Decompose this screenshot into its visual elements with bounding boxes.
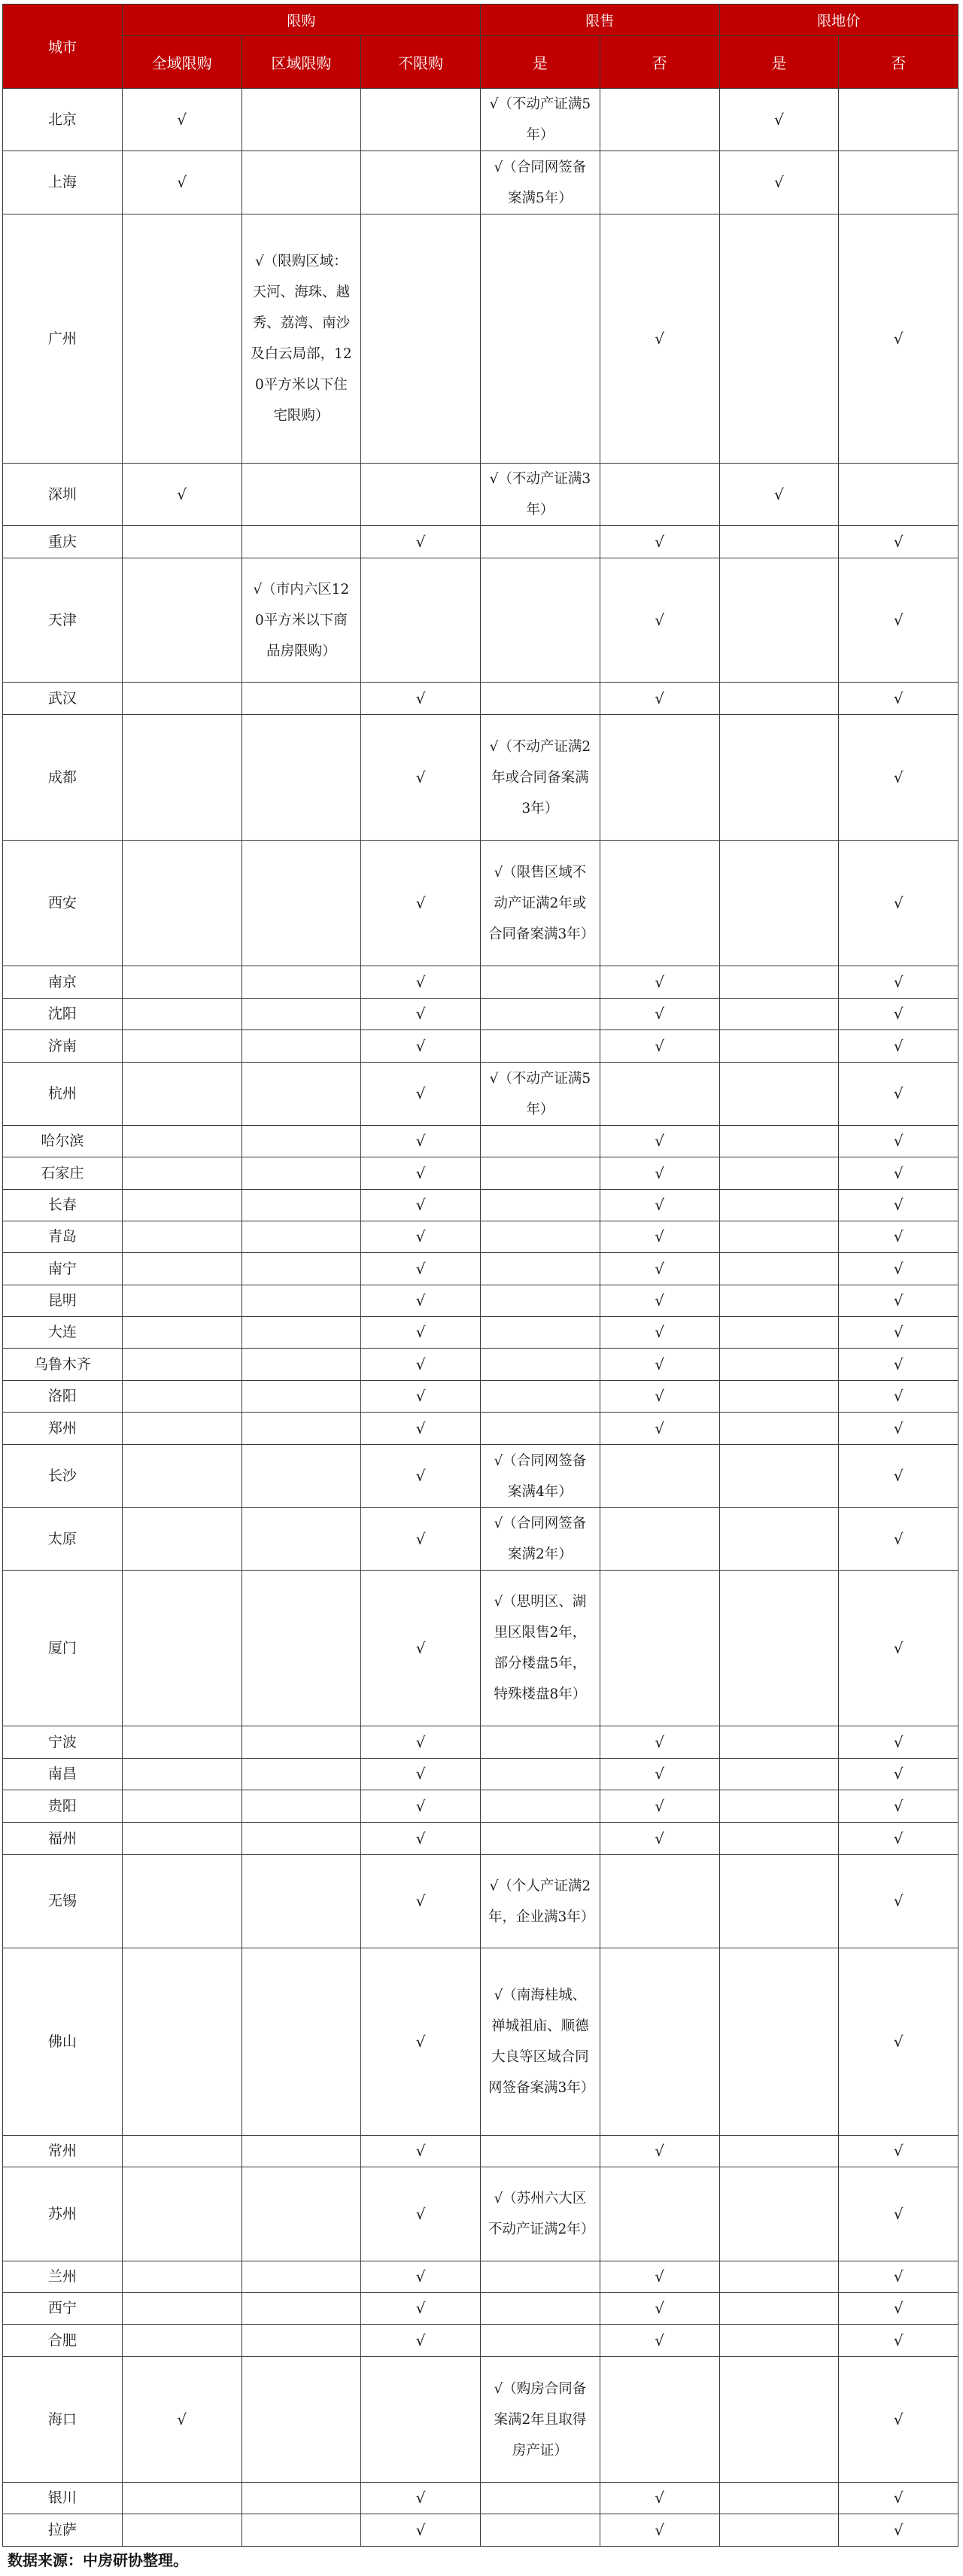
cell-no-restriction check-icon: √ (361, 1855, 481, 1948)
cell-land-yes (719, 1948, 839, 2136)
cell-land-yes (719, 2357, 839, 2483)
cell-sale-no check-icon: √ (600, 2483, 719, 2514)
cell-sale-yes: √（合同网签备案满5年） (481, 151, 600, 214)
cell-land-yes (719, 2136, 839, 2167)
cell-citywide-restriction (122, 1790, 242, 1823)
cell-district-restriction: √（限购区域：天河、海珠、越秀、荔湾、南沙及白云局部，120平方米以下住宅限购） (242, 214, 361, 464)
cell-sale-yes: √（限售区域不动产证满2年或合同备案满3年） (481, 841, 600, 966)
cell-sale-no check-icon: √ (600, 1285, 719, 1317)
cell-citywide-restriction (122, 1190, 242, 1221)
cell-sale-yes: √（不动产证满3年） (481, 464, 600, 526)
cell-land-no check-icon: √ (839, 2514, 958, 2547)
cell-sale-no check-icon: √ (600, 1413, 719, 1445)
cell-land-no check-icon: √ (839, 2357, 958, 2483)
cell-sale-no (600, 1445, 719, 1508)
cell-land-yes (719, 1445, 839, 1508)
cell-land-no check-icon: √ (839, 1823, 958, 1855)
cell-land-yes (719, 999, 839, 1030)
table-row: 南宁√√√ (3, 1253, 958, 1285)
cell-sale-yes: √（购房合同备案满2年且取得房产证） (481, 2357, 600, 2483)
cell-land-no check-icon: √ (839, 1285, 958, 1317)
cell-no-restriction check-icon: √ (361, 841, 481, 966)
cell-land-no (839, 464, 958, 526)
city-name: 济南 (3, 1030, 123, 1063)
city-policy-table: 城市 限购 限售 限地价 全域限购 区域限购 不限购 是 否 是 否 北京√√（… (2, 4, 958, 2547)
cell-land-yes (719, 1413, 839, 1445)
cell-sale-no (600, 1855, 719, 1948)
table-row: 无锡√√（个人产证满2年，企业满3年）√ (3, 1855, 958, 1948)
city-name: 天津 (3, 558, 123, 683)
cell-district-restriction (242, 2293, 361, 2325)
city-name: 厦门 (3, 1571, 123, 1726)
cell-land-yes (719, 2514, 839, 2547)
cell-no-restriction check-icon: √ (361, 2514, 481, 2547)
table-row: 拉萨√√√ (3, 2514, 958, 2547)
city-name: 杭州 (3, 1063, 123, 1126)
cell-land-no check-icon: √ (839, 558, 958, 683)
cell-no-restriction check-icon: √ (361, 715, 481, 841)
cell-land-no check-icon: √ (839, 715, 958, 841)
table-row: 石家庄√√√ (3, 1157, 958, 1190)
city-name: 深圳 (3, 464, 123, 526)
table-row: 海口√√（购房合同备案满2年且取得房产证）√ (3, 2357, 958, 2483)
cell-sale-yes: √（个人产证满2年，企业满3年） (481, 1855, 600, 1948)
table-row: 重庆√√√ (3, 526, 958, 558)
city-name: 南昌 (3, 1759, 123, 1790)
cell-land-no check-icon: √ (839, 1445, 958, 1508)
city-name: 北京 (3, 89, 123, 151)
city-name: 合肥 (3, 2325, 123, 2357)
city-name: 海口 (3, 2357, 123, 2483)
table-row: 济南√√√ (3, 1030, 958, 1063)
cell-district-restriction (242, 526, 361, 558)
cell-citywide-restriction check-icon: √ (122, 464, 242, 526)
cell-land-yes (719, 841, 839, 966)
table-row: 沈阳√√√ (3, 999, 958, 1030)
cell-district-restriction (242, 151, 361, 214)
cell-sale-yes (481, 683, 600, 715)
city-name: 拉萨 (3, 2514, 123, 2547)
cell-sale-yes (481, 1790, 600, 1823)
cell-sale-yes: √（合同网签备案满2年） (481, 1508, 600, 1571)
cell-land-yes (719, 683, 839, 715)
cell-district-restriction (242, 1349, 361, 1381)
cell-no-restriction check-icon: √ (361, 2136, 481, 2167)
cell-sale-yes: √（合同网签备案满4年） (481, 1445, 600, 1508)
cell-district-restriction (242, 2261, 361, 2293)
city-name: 西宁 (3, 2293, 123, 2325)
cell-citywide-restriction (122, 841, 242, 966)
cell-land-no check-icon: √ (839, 526, 958, 558)
cell-district-restriction (242, 89, 361, 151)
city-name: 昆明 (3, 1285, 123, 1317)
cell-land-yes (719, 1063, 839, 1126)
city-name: 宁波 (3, 1726, 123, 1759)
table-row: 哈尔滨√√√ (3, 1126, 958, 1157)
cell-citywide-restriction (122, 1285, 242, 1317)
cell-sale-no check-icon: √ (600, 966, 719, 999)
cell-land-yes (719, 1349, 839, 1381)
cell-land-yes (719, 1221, 839, 1253)
cell-no-restriction check-icon: √ (361, 1759, 481, 1790)
cell-citywide-restriction check-icon: √ (122, 89, 242, 151)
header-sale-yes: 是 (481, 36, 600, 89)
cell-sale-no (600, 1508, 719, 1571)
cell-land-yes (719, 558, 839, 683)
cell-citywide-restriction (122, 526, 242, 558)
cell-sale-yes (481, 999, 600, 1030)
cell-citywide-restriction (122, 2136, 242, 2167)
cell-land-no check-icon: √ (839, 1157, 958, 1190)
cell-no-restriction check-icon: √ (361, 999, 481, 1030)
cell-district-restriction (242, 1126, 361, 1157)
city-name: 长沙 (3, 1445, 123, 1508)
cell-no-restriction check-icon: √ (361, 1823, 481, 1855)
cell-land-yes (719, 1508, 839, 1571)
cell-citywide-restriction (122, 1823, 242, 1855)
cell-district-restriction (242, 1855, 361, 1948)
cell-district-restriction (242, 841, 361, 966)
cell-no-restriction check-icon: √ (361, 966, 481, 999)
cell-sale-no check-icon: √ (600, 558, 719, 683)
city-name: 哈尔滨 (3, 1126, 123, 1157)
city-name: 常州 (3, 2136, 123, 2167)
cell-no-restriction check-icon: √ (361, 2483, 481, 2514)
cell-district-restriction (242, 1508, 361, 1571)
cell-sale-yes (481, 1317, 600, 1349)
table-row: 郑州√√√ (3, 1413, 958, 1445)
cell-citywide-restriction (122, 1948, 242, 2136)
header-citywide-restriction: 全域限购 (122, 36, 242, 89)
table-row: 宁波√√√ (3, 1726, 958, 1759)
cell-land-no check-icon: √ (839, 1948, 958, 2136)
city-name: 西安 (3, 841, 123, 966)
cell-sale-no (600, 151, 719, 214)
cell-citywide-restriction (122, 1413, 242, 1445)
cell-district-restriction (242, 1381, 361, 1413)
cell-sale-yes: √（思明区、湖里区限售2年，部分楼盘5年，特殊楼盘8年） (481, 1571, 600, 1726)
cell-no-restriction check-icon: √ (361, 1030, 481, 1063)
table-row: 常州√√√ (3, 2136, 958, 2167)
cell-sale-no check-icon: √ (600, 1030, 719, 1063)
table-row: 兰州√√√ (3, 2261, 958, 2293)
cell-sale-no (600, 2357, 719, 2483)
city-name: 太原 (3, 1508, 123, 1571)
cell-land-no check-icon: √ (839, 999, 958, 1030)
table-body: 北京√√（不动产证满5年）√上海√√（合同网签备案满5年）√广州√（限购区域：天… (3, 89, 958, 2547)
cell-land-yes check-icon: √ (719, 151, 839, 214)
cell-sale-no check-icon: √ (600, 1253, 719, 1285)
cell-land-no check-icon: √ (839, 1726, 958, 1759)
cell-sale-no check-icon: √ (600, 1823, 719, 1855)
cell-land-no check-icon: √ (839, 214, 958, 464)
table-row: 佛山√√（南海桂城、禅城祖庙、顺德大良等区域合同网签备案满3年）√ (3, 1948, 958, 2136)
cell-no-restriction (361, 464, 481, 526)
cell-district-restriction (242, 1253, 361, 1285)
cell-citywide-restriction (122, 558, 242, 683)
cell-sale-no check-icon: √ (600, 2136, 719, 2167)
cell-citywide-restriction (122, 1157, 242, 1190)
cell-no-restriction check-icon: √ (361, 1317, 481, 1349)
cell-sale-yes: √（苏州六大区不动产证满2年） (481, 2167, 600, 2261)
cell-district-restriction (242, 1445, 361, 1508)
cell-citywide-restriction (122, 1508, 242, 1571)
table-row: 南京√√√ (3, 966, 958, 999)
cell-citywide-restriction (122, 683, 242, 715)
table-row: 贵阳√√√ (3, 1790, 958, 1823)
cell-land-no check-icon: √ (839, 1571, 958, 1726)
cell-sale-no check-icon: √ (600, 1790, 719, 1823)
table-row: 太原√√（合同网签备案满2年）√ (3, 1508, 958, 1571)
cell-district-restriction (242, 1221, 361, 1253)
table-row: 西安√√（限售区域不动产证满2年或合同备案满3年）√ (3, 841, 958, 966)
cell-no-restriction check-icon: √ (361, 1349, 481, 1381)
cell-land-yes (719, 1855, 839, 1948)
header-no-restriction: 不限购 (361, 36, 481, 89)
cell-sale-no check-icon: √ (600, 2325, 719, 2357)
cell-district-restriction (242, 2514, 361, 2547)
city-name: 佛山 (3, 1948, 123, 2136)
cell-sale-no (600, 715, 719, 841)
cell-no-restriction check-icon: √ (361, 2261, 481, 2293)
cell-land-no check-icon: √ (839, 1413, 958, 1445)
cell-no-restriction (361, 2357, 481, 2483)
table-row: 合肥√√√ (3, 2325, 958, 2357)
cell-district-restriction (242, 1157, 361, 1190)
cell-land-yes (719, 1157, 839, 1190)
city-name: 苏州 (3, 2167, 123, 2261)
cell-land-no check-icon: √ (839, 1221, 958, 1253)
cell-no-restriction check-icon: √ (361, 1571, 481, 1726)
city-name: 郑州 (3, 1413, 123, 1445)
cell-no-restriction check-icon: √ (361, 1157, 481, 1190)
city-name: 洛阳 (3, 1381, 123, 1413)
cell-sale-yes (481, 526, 600, 558)
city-name: 沈阳 (3, 999, 123, 1030)
cell-citywide-restriction check-icon: √ (122, 2357, 242, 2483)
cell-no-restriction check-icon: √ (361, 1126, 481, 1157)
cell-land-yes (719, 1759, 839, 1790)
cell-land-yes (719, 1317, 839, 1349)
cell-district-restriction (242, 2483, 361, 2514)
cell-land-no check-icon: √ (839, 1190, 958, 1221)
cell-sale-no check-icon: √ (600, 999, 719, 1030)
cell-citywide-restriction (122, 1759, 242, 1790)
city-name: 长春 (3, 1190, 123, 1221)
cell-district-restriction (242, 1948, 361, 2136)
cell-citywide-restriction (122, 1349, 242, 1381)
cell-land-no check-icon: √ (839, 2136, 958, 2167)
city-name: 乌鲁木齐 (3, 1349, 123, 1381)
cell-sale-no (600, 2167, 719, 2261)
cell-sale-no (600, 1063, 719, 1126)
cell-sale-no check-icon: √ (600, 1126, 719, 1157)
cell-sale-yes: √（不动产证满5年） (481, 1063, 600, 1126)
table-row: 福州√√√ (3, 1823, 958, 1855)
cell-no-restriction check-icon: √ (361, 1221, 481, 1253)
city-name: 南宁 (3, 1253, 123, 1285)
cell-no-restriction check-icon: √ (361, 1508, 481, 1571)
cell-district-restriction (242, 1790, 361, 1823)
cell-district-restriction (242, 715, 361, 841)
cell-sale-no check-icon: √ (600, 2261, 719, 2293)
cell-sale-no check-icon: √ (600, 1317, 719, 1349)
cell-sale-no check-icon: √ (600, 214, 719, 464)
cell-land-no check-icon: √ (839, 1381, 958, 1413)
cell-sale-yes (481, 1190, 600, 1221)
cell-sale-no (600, 464, 719, 526)
policy-table-container: 城市 限购 限售 限地价 全域限购 区域限购 不限购 是 否 是 否 北京√√（… (2, 4, 958, 2547)
table-row: 广州√（限购区域：天河、海珠、越秀、荔湾、南沙及白云局部，120平方米以下住宅限… (3, 214, 958, 464)
cell-citywide-restriction (122, 2483, 242, 2514)
cell-sale-no check-icon: √ (600, 1221, 719, 1253)
cell-sale-no (600, 841, 719, 966)
cell-land-no check-icon: √ (839, 1317, 958, 1349)
table-row: 深圳√√（不动产证满3年）√ (3, 464, 958, 526)
cell-district-restriction (242, 1413, 361, 1445)
table-row: 南昌√√√ (3, 1759, 958, 1790)
table-row: 昆明√√√ (3, 1285, 958, 1317)
cell-citywide-restriction (122, 1855, 242, 1948)
cell-land-no check-icon: √ (839, 1349, 958, 1381)
table-row: 银川√√√ (3, 2483, 958, 2514)
cell-land-no check-icon: √ (839, 2167, 958, 2261)
cell-sale-yes (481, 2136, 600, 2167)
cell-citywide-restriction (122, 966, 242, 999)
cell-citywide-restriction (122, 2325, 242, 2357)
cell-land-yes (719, 966, 839, 999)
cell-land-yes (719, 1726, 839, 1759)
cell-land-yes (719, 526, 839, 558)
table-row: 青岛√√√ (3, 1221, 958, 1253)
cell-no-restriction check-icon: √ (361, 1253, 481, 1285)
cell-citywide-restriction (122, 2293, 242, 2325)
cell-sale-yes (481, 1285, 600, 1317)
cell-citywide-restriction (122, 214, 242, 464)
cell-sale-yes (481, 2514, 600, 2547)
header-land-no: 否 (839, 36, 958, 89)
cell-citywide-restriction (122, 999, 242, 1030)
cell-sale-yes (481, 2483, 600, 2514)
cell-sale-yes (481, 966, 600, 999)
cell-no-restriction check-icon: √ (361, 683, 481, 715)
cell-district-restriction (242, 1030, 361, 1063)
cell-sale-no (600, 1948, 719, 2136)
header-group-purchase-restriction: 限购 (122, 5, 480, 36)
city-name: 兰州 (3, 2261, 123, 2293)
cell-district-restriction (242, 464, 361, 526)
cell-land-yes (719, 214, 839, 464)
city-name: 南京 (3, 966, 123, 999)
cell-citywide-restriction (122, 2514, 242, 2547)
cell-land-no check-icon: √ (839, 2261, 958, 2293)
cell-land-no check-icon: √ (839, 1063, 958, 1126)
table-row: 苏州√√（苏州六大区不动产证满2年）√ (3, 2167, 958, 2261)
cell-sale-yes (481, 2325, 600, 2357)
cell-land-yes check-icon: √ (719, 464, 839, 526)
cell-land-no (839, 89, 958, 151)
cell-sale-no (600, 1571, 719, 1726)
cell-sale-yes (481, 214, 600, 464)
table-row: 西宁√√√ (3, 2293, 958, 2325)
cell-citywide-restriction (122, 2261, 242, 2293)
city-name: 无锡 (3, 1855, 123, 1948)
cell-sale-yes (481, 1381, 600, 1413)
city-name: 上海 (3, 151, 123, 214)
cell-no-restriction check-icon: √ (361, 2325, 481, 2357)
city-name: 重庆 (3, 526, 123, 558)
cell-land-yes (719, 1381, 839, 1413)
cell-land-no check-icon: √ (839, 683, 958, 715)
cell-no-restriction check-icon: √ (361, 2293, 481, 2325)
table-header: 城市 限购 限售 限地价 全域限购 区域限购 不限购 是 否 是 否 (3, 5, 958, 89)
cell-district-restriction (242, 1571, 361, 1726)
city-name: 成都 (3, 715, 123, 841)
cell-sale-no check-icon: √ (600, 1726, 719, 1759)
cell-land-yes (719, 2325, 839, 2357)
data-source-note: 数据来源：中房研协整理。 (8, 2548, 188, 2570)
cell-no-restriction check-icon: √ (361, 1190, 481, 1221)
cell-district-restriction (242, 2325, 361, 2357)
cell-citywide-restriction (122, 1571, 242, 1726)
cell-sale-yes (481, 1157, 600, 1190)
cell-district-restriction (242, 2357, 361, 2483)
cell-district-restriction (242, 1190, 361, 1221)
table-row: 长沙√√（合同网签备案满4年）√ (3, 1445, 958, 1508)
cell-land-yes (719, 2483, 839, 2514)
cell-land-yes check-icon: √ (719, 89, 839, 151)
cell-citywide-restriction (122, 1221, 242, 1253)
table-row: 厦门√√（思明区、湖里区限售2年，部分楼盘5年，特殊楼盘8年）√ (3, 1571, 958, 1726)
cell-sale-yes: √（不动产证满5年） (481, 89, 600, 151)
table-row: 大连√√√ (3, 1317, 958, 1349)
cell-sale-yes (481, 1726, 600, 1759)
cell-citywide-restriction (122, 1726, 242, 1759)
cell-citywide-restriction (122, 1063, 242, 1126)
cell-citywide-restriction (122, 2167, 242, 2261)
cell-district-restriction (242, 1317, 361, 1349)
cell-no-restriction (361, 214, 481, 464)
city-name: 贵阳 (3, 1790, 123, 1823)
city-name: 大连 (3, 1317, 123, 1349)
city-name: 武汉 (3, 683, 123, 715)
cell-sale-no check-icon: √ (600, 1759, 719, 1790)
cell-land-no check-icon: √ (839, 2483, 958, 2514)
cell-sale-yes (481, 1030, 600, 1063)
cell-district-restriction (242, 1726, 361, 1759)
cell-citywide-restriction (122, 1030, 242, 1063)
header-district-restriction: 区域限购 (242, 36, 361, 89)
cell-land-no check-icon: √ (839, 1790, 958, 1823)
cell-sale-yes (481, 1413, 600, 1445)
cell-land-no check-icon: √ (839, 1253, 958, 1285)
cell-land-yes (719, 2261, 839, 2293)
cell-land-yes (719, 1790, 839, 1823)
city-name: 青岛 (3, 1221, 123, 1253)
cell-sale-no check-icon: √ (600, 1190, 719, 1221)
cell-no-restriction check-icon: √ (361, 1445, 481, 1508)
table-row: 上海√√（合同网签备案满5年）√ (3, 151, 958, 214)
cell-no-restriction check-icon: √ (361, 2167, 481, 2261)
cell-land-yes (719, 1126, 839, 1157)
header-group-sale-restriction: 限售 (481, 5, 720, 36)
cell-sale-no check-icon: √ (600, 1381, 719, 1413)
cell-land-no check-icon: √ (839, 1508, 958, 1571)
header-land-yes: 是 (719, 36, 839, 89)
cell-district-restriction (242, 2167, 361, 2261)
table-row: 洛阳√√√ (3, 1381, 958, 1413)
cell-citywide-restriction (122, 1381, 242, 1413)
